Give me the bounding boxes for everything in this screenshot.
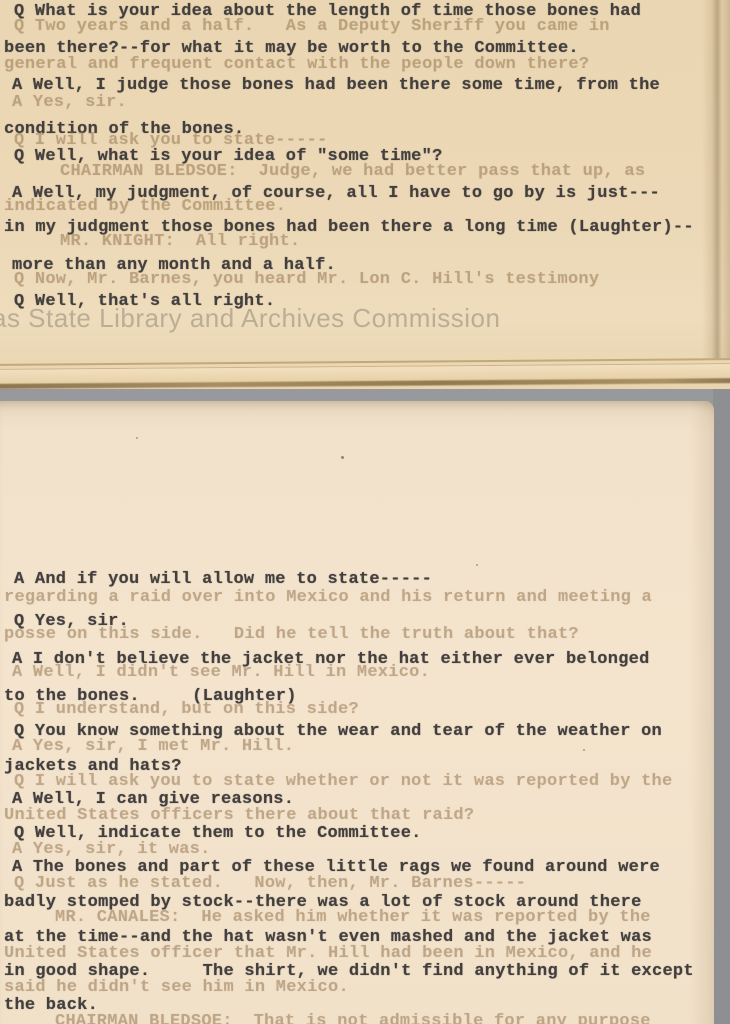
bleedthrough-text-line: general and frequent contact with the pe… bbox=[4, 55, 589, 75]
book-fore-edge-shading bbox=[702, 0, 730, 359]
bleedthrough-text-line: MR. KNIGHT: All right. bbox=[60, 232, 300, 252]
page-bottom-edge bbox=[0, 348, 730, 392]
bleedthrough-text-line: United States officers there about that … bbox=[4, 806, 474, 826]
bleedthrough-text-line: CHAIRMAN BLEDSOE: That is not admissible… bbox=[55, 1012, 651, 1024]
bleedthrough-text-line: Q Just as he stated. Now, then, Mr. Barn… bbox=[14, 874, 526, 894]
bleedthrough-text-line: A Yes, sir, it was. bbox=[12, 840, 211, 860]
bleedthrough-text-line: CHAIRMAN BLEDSOE: Judge, we had better p… bbox=[60, 162, 645, 182]
bleedthrough-text-line: A Yes, sir, I met Mr. Hill. bbox=[12, 737, 294, 757]
bleedthrough-text-line: said he didn't see him in Mexico. bbox=[4, 978, 349, 998]
page-right-shading bbox=[690, 401, 714, 1024]
dust-speck bbox=[583, 749, 585, 751]
bleedthrough-text-line: MR. CANALES: He asked him whether it was… bbox=[55, 908, 651, 928]
dust-speck bbox=[136, 437, 138, 439]
bleedthrough-text-line: United States officer that Mr. Hill had … bbox=[4, 944, 652, 964]
scanned-document-viewport: Q What is your idea about the length of … bbox=[0, 0, 730, 1024]
bleedthrough-text-line: indicated by the Committee. bbox=[4, 197, 286, 217]
dust-speck bbox=[476, 564, 478, 566]
dust-speck bbox=[341, 456, 344, 459]
scanned-page-bottom: A And if you will allow me to state-----… bbox=[0, 401, 714, 1024]
bleedthrough-text-line: A Yes, sir. bbox=[12, 93, 127, 113]
background-gap-strip bbox=[713, 389, 730, 1024]
bleedthrough-text-line: Q Two years and a half. As a Deputy Sher… bbox=[14, 17, 610, 37]
typewritten-text-line: A And if you will allow me to state----- bbox=[14, 570, 432, 590]
bleedthrough-text-line: Q I will ask you to state whether or not… bbox=[14, 772, 672, 792]
scanned-page-top: Q What is your idea about the length of … bbox=[0, 0, 730, 389]
bleedthrough-text-line: posse on this side. Did he tell the trut… bbox=[4, 625, 579, 645]
bleedthrough-text-line: Q I understand, but on this side? bbox=[14, 700, 359, 720]
bleedthrough-text-line: A Well, I didn't see Mr. Hill in Mexico. bbox=[12, 663, 430, 683]
bleedthrough-text-line: regarding a raid over into Mexico and hi… bbox=[4, 588, 652, 608]
archive-watermark: as State Library and Archives Commission bbox=[0, 303, 500, 334]
bleedthrough-text-line: Q Now, Mr. Barnes, you heard Mr. Lon C. … bbox=[14, 270, 599, 290]
